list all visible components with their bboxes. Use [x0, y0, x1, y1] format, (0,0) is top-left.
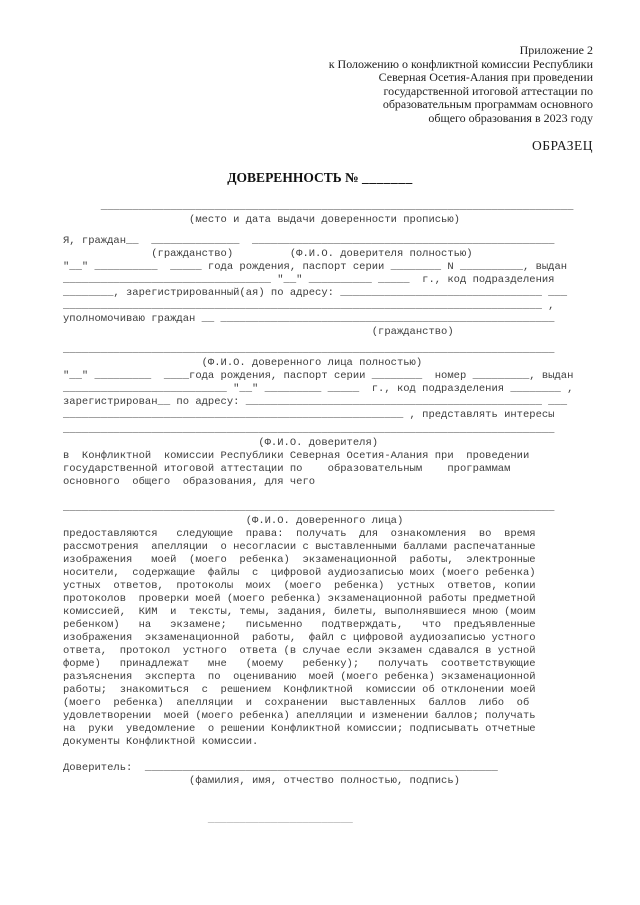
scanned-document-page: Приложение 2 к Положению о конфликтной к…: [0, 0, 640, 905]
granted-rights-section: ________________________________________…: [63, 502, 640, 749]
commission-purpose-section: ________________________________________…: [63, 424, 640, 489]
signature-section: Доверитель: ____________________________…: [63, 762, 640, 788]
sample-stamp-label: ОБРАЗЕЦ: [0, 138, 593, 153]
faint-underline-row: _______________________: [63, 814, 640, 827]
document-body: ________________________________________…: [0, 201, 640, 827]
document-title: ДОВЕРЕННОСТЬ № _______: [0, 170, 640, 186]
attorney-details-section: ________________________________________…: [63, 344, 640, 422]
document-title-text: ДОВЕРЕННОСТЬ №: [227, 170, 358, 185]
appendix-reference-block: Приложение 2 к Положению о конфликтной к…: [0, 44, 593, 125]
title-number-blank: _______: [362, 170, 413, 185]
principal-details-section: Я, граждан__ ______________ ____________…: [63, 235, 640, 339]
place-date-section: ________________________________________…: [63, 201, 640, 227]
